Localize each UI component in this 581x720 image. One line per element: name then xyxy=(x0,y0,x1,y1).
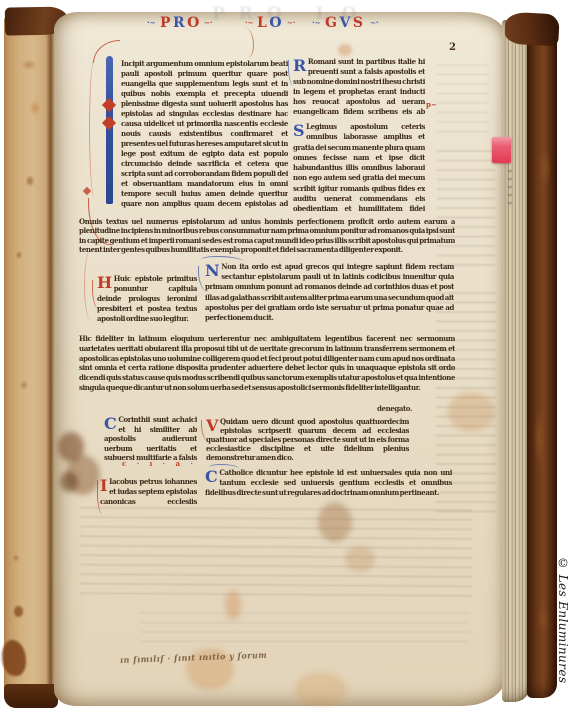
paragraph-right-2: SLegimus apostolum ceteris omnibus labor… xyxy=(293,122,425,214)
header-letter-o1: O xyxy=(187,14,200,32)
paragraph-right-5-text: Catholice dicuntur hee epistole id est u… xyxy=(205,468,452,497)
initial-c: C xyxy=(104,415,116,432)
copyright-text: © Les Enluminures xyxy=(556,556,570,706)
board-bottom-edge xyxy=(4,684,58,708)
paragraph-right-1: RRomani sunt in partibus italie hi preue… xyxy=(293,57,425,117)
running-header-syllable-pro: P R O xyxy=(160,14,200,32)
paragraph-left-3-text: Corinthii sunt achaici et hi similiter a… xyxy=(104,415,197,463)
paragraph-left-2-text: Huic epistole primitus ponuntur capitula… xyxy=(97,274,197,323)
running-header-syllable-lo: L O xyxy=(257,14,282,32)
stain xyxy=(345,546,375,572)
paragraph-right-1-text: Romani sunt in partibus italie hi preuen… xyxy=(293,57,425,117)
header-flourish: ·~ xyxy=(245,19,254,27)
initial-v: V xyxy=(206,417,218,434)
showthrough-right-margin xyxy=(437,64,489,140)
stain xyxy=(225,590,241,620)
fore-edge-pencil-mark xyxy=(508,170,512,210)
header-flourish: ~· xyxy=(204,19,213,27)
paragraph-left-4-text: Iacobus petrus iohannes et iudas septem … xyxy=(100,477,197,507)
stain xyxy=(295,672,347,706)
manuscript-photo: PRO LO P R O L O G V S ·~ ~· ·~ ~· ·~ ~·… xyxy=(0,0,581,720)
header-flourish: ·~ xyxy=(312,19,321,27)
paragraph-left-4: IIacobus petrus iohannes et iudas septem… xyxy=(100,477,197,507)
header-flourish: ·~ xyxy=(147,19,156,27)
initial-c2: C xyxy=(205,468,217,485)
leather-remnant-small xyxy=(14,606,23,617)
paragraph-right-4: VQuidam uero dicunt quod apostolus quatt… xyxy=(206,417,409,471)
paragraph-left-2: HHuic epistole primitus ponuntur capitul… xyxy=(97,274,197,324)
header-letter-o2: O xyxy=(269,14,282,32)
stain xyxy=(448,392,494,432)
showthrough-right-margin xyxy=(437,150,495,268)
paragraph-left-3: CCorinthii sunt achaici et hi similiter … xyxy=(104,415,197,463)
header-letter-l: L xyxy=(257,14,267,32)
header-letter-s: S xyxy=(353,14,364,32)
red-end-mark: p~ xyxy=(426,100,437,109)
initial-r: R xyxy=(293,57,306,74)
spine-hinge-groove xyxy=(46,16,53,704)
folio-number: 2 xyxy=(449,42,456,53)
paragraph-right-3: NNon ita ordo est apud grecos qui integr… xyxy=(205,262,454,333)
showthrough-lower xyxy=(80,507,473,602)
header-letter-r: R xyxy=(173,14,185,32)
initial-i: I xyxy=(100,477,107,494)
initial-h: H xyxy=(97,274,112,291)
penwork-margin-wave xyxy=(89,58,100,198)
header-letter-v: V xyxy=(339,14,350,32)
stain xyxy=(338,44,352,56)
paragraph-left-1: Incipit argumentum omnium epistolarum be… xyxy=(121,59,288,209)
paragraph-right-2-text: Legimus apostolum ceteris omnibus labora… xyxy=(293,122,425,214)
initial-s: S xyxy=(293,122,304,139)
red-letter-marks: c · ı · a · xyxy=(122,459,198,468)
leather-corner-top-right xyxy=(504,12,560,47)
page-edges-stack xyxy=(502,20,530,702)
stain xyxy=(318,502,352,542)
header-flourish: ~· xyxy=(287,19,296,27)
denegato-word: denegato. xyxy=(340,404,412,414)
running-header-syllable-gus: G V S xyxy=(325,14,363,32)
header-flourish: ~· xyxy=(370,19,379,27)
right-board-leather xyxy=(527,18,557,698)
paragraph-fullwidth-1: Omnis textus uel numerus epistolarum ad … xyxy=(79,217,455,263)
header-letter-g: G xyxy=(325,14,337,32)
illuminated-initial-bar xyxy=(106,56,113,204)
initial-n: N xyxy=(205,262,219,279)
paragraph-right-3-text: Non ita ordo est apud grecos qui integre… xyxy=(205,262,454,322)
showthrough-lower-faint xyxy=(140,612,470,648)
paragraph-fullwidth-2: Hic fideliter in latinum eloquium uerter… xyxy=(79,334,455,412)
stain xyxy=(60,472,78,492)
paragraph-right-4-text: Quidam uero dicunt quod apostolus quattu… xyxy=(206,417,409,462)
paragraph-right-5: CCatholice dicuntur hee epistole id est … xyxy=(205,468,452,508)
header-letter-p: P xyxy=(160,14,171,32)
